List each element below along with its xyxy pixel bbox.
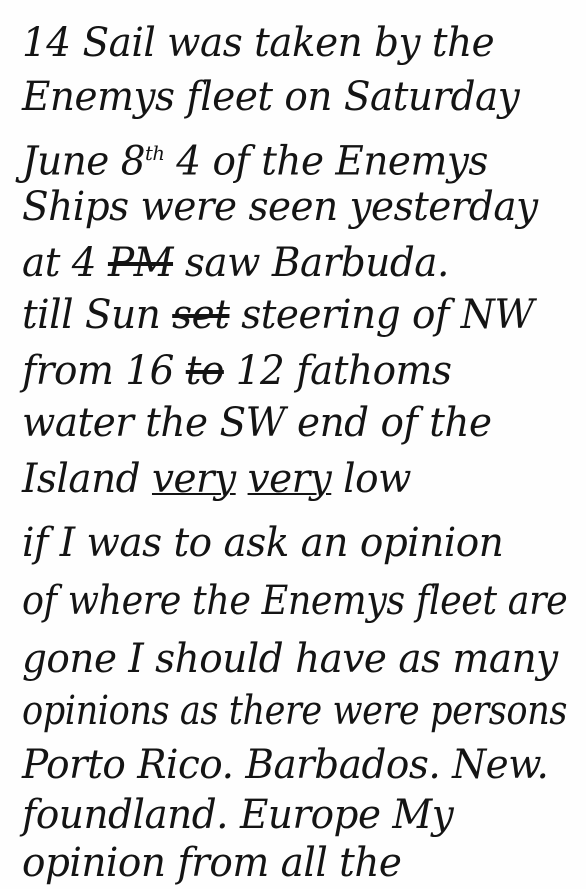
line-text: saw Barbuda. bbox=[173, 240, 449, 286]
letter-line-10: if I was to ask an opinion bbox=[22, 518, 567, 568]
letter-line-3: June 8th 4 of the Enemys bbox=[22, 128, 567, 186]
spacer bbox=[236, 456, 248, 502]
line-text: steering of NW bbox=[229, 292, 533, 338]
date-ordinal-suffix: th bbox=[145, 141, 164, 165]
struck-out-text: to bbox=[186, 348, 224, 394]
letter-line-12: gone I should have as many bbox=[22, 634, 567, 684]
letter-line-13: opinions as there were persons bbox=[22, 686, 514, 736]
struck-out-text: PM bbox=[108, 240, 173, 286]
letter-line-11: of where the Enemys fleet are bbox=[22, 576, 533, 626]
letter-line-9: Island very very low bbox=[22, 454, 567, 504]
letter-line-5: at 4 PM saw Barbuda. bbox=[22, 238, 567, 288]
letter-line-4: Ships were seen yesterday bbox=[22, 182, 567, 232]
letter-line-2: Enemys fleet on Saturday bbox=[22, 72, 567, 122]
letter-line-6: till Sun set steering of NW bbox=[22, 290, 567, 340]
letter-line-7: from 16 to 12 fathoms bbox=[22, 346, 567, 396]
line-text: Island bbox=[22, 456, 152, 502]
underlined-word: very bbox=[152, 456, 236, 502]
letter-line-1: 14 Sail was taken by the bbox=[22, 18, 567, 68]
line-text: low bbox=[331, 456, 411, 502]
letter-line-16: opinion from all the bbox=[22, 838, 567, 888]
letter-line-15: foundland. Europe My bbox=[22, 790, 567, 840]
line-text: from 16 bbox=[22, 348, 186, 394]
struck-out-text: set bbox=[172, 292, 229, 338]
line-text: 4 of the Enemys bbox=[164, 138, 487, 184]
line-text: 12 fathoms bbox=[224, 348, 452, 394]
handwritten-letter-page: 14 Sail was taken by the Enemys fleet on… bbox=[0, 0, 586, 889]
line-text: at 4 bbox=[22, 240, 108, 286]
underlined-word: very bbox=[248, 456, 332, 502]
date-text: June 8 bbox=[22, 138, 145, 184]
line-text: till Sun bbox=[22, 292, 172, 338]
letter-line-8: water the SW end of the bbox=[22, 398, 567, 448]
letter-line-14: Porto Rico. Barbados. New. bbox=[22, 740, 567, 790]
